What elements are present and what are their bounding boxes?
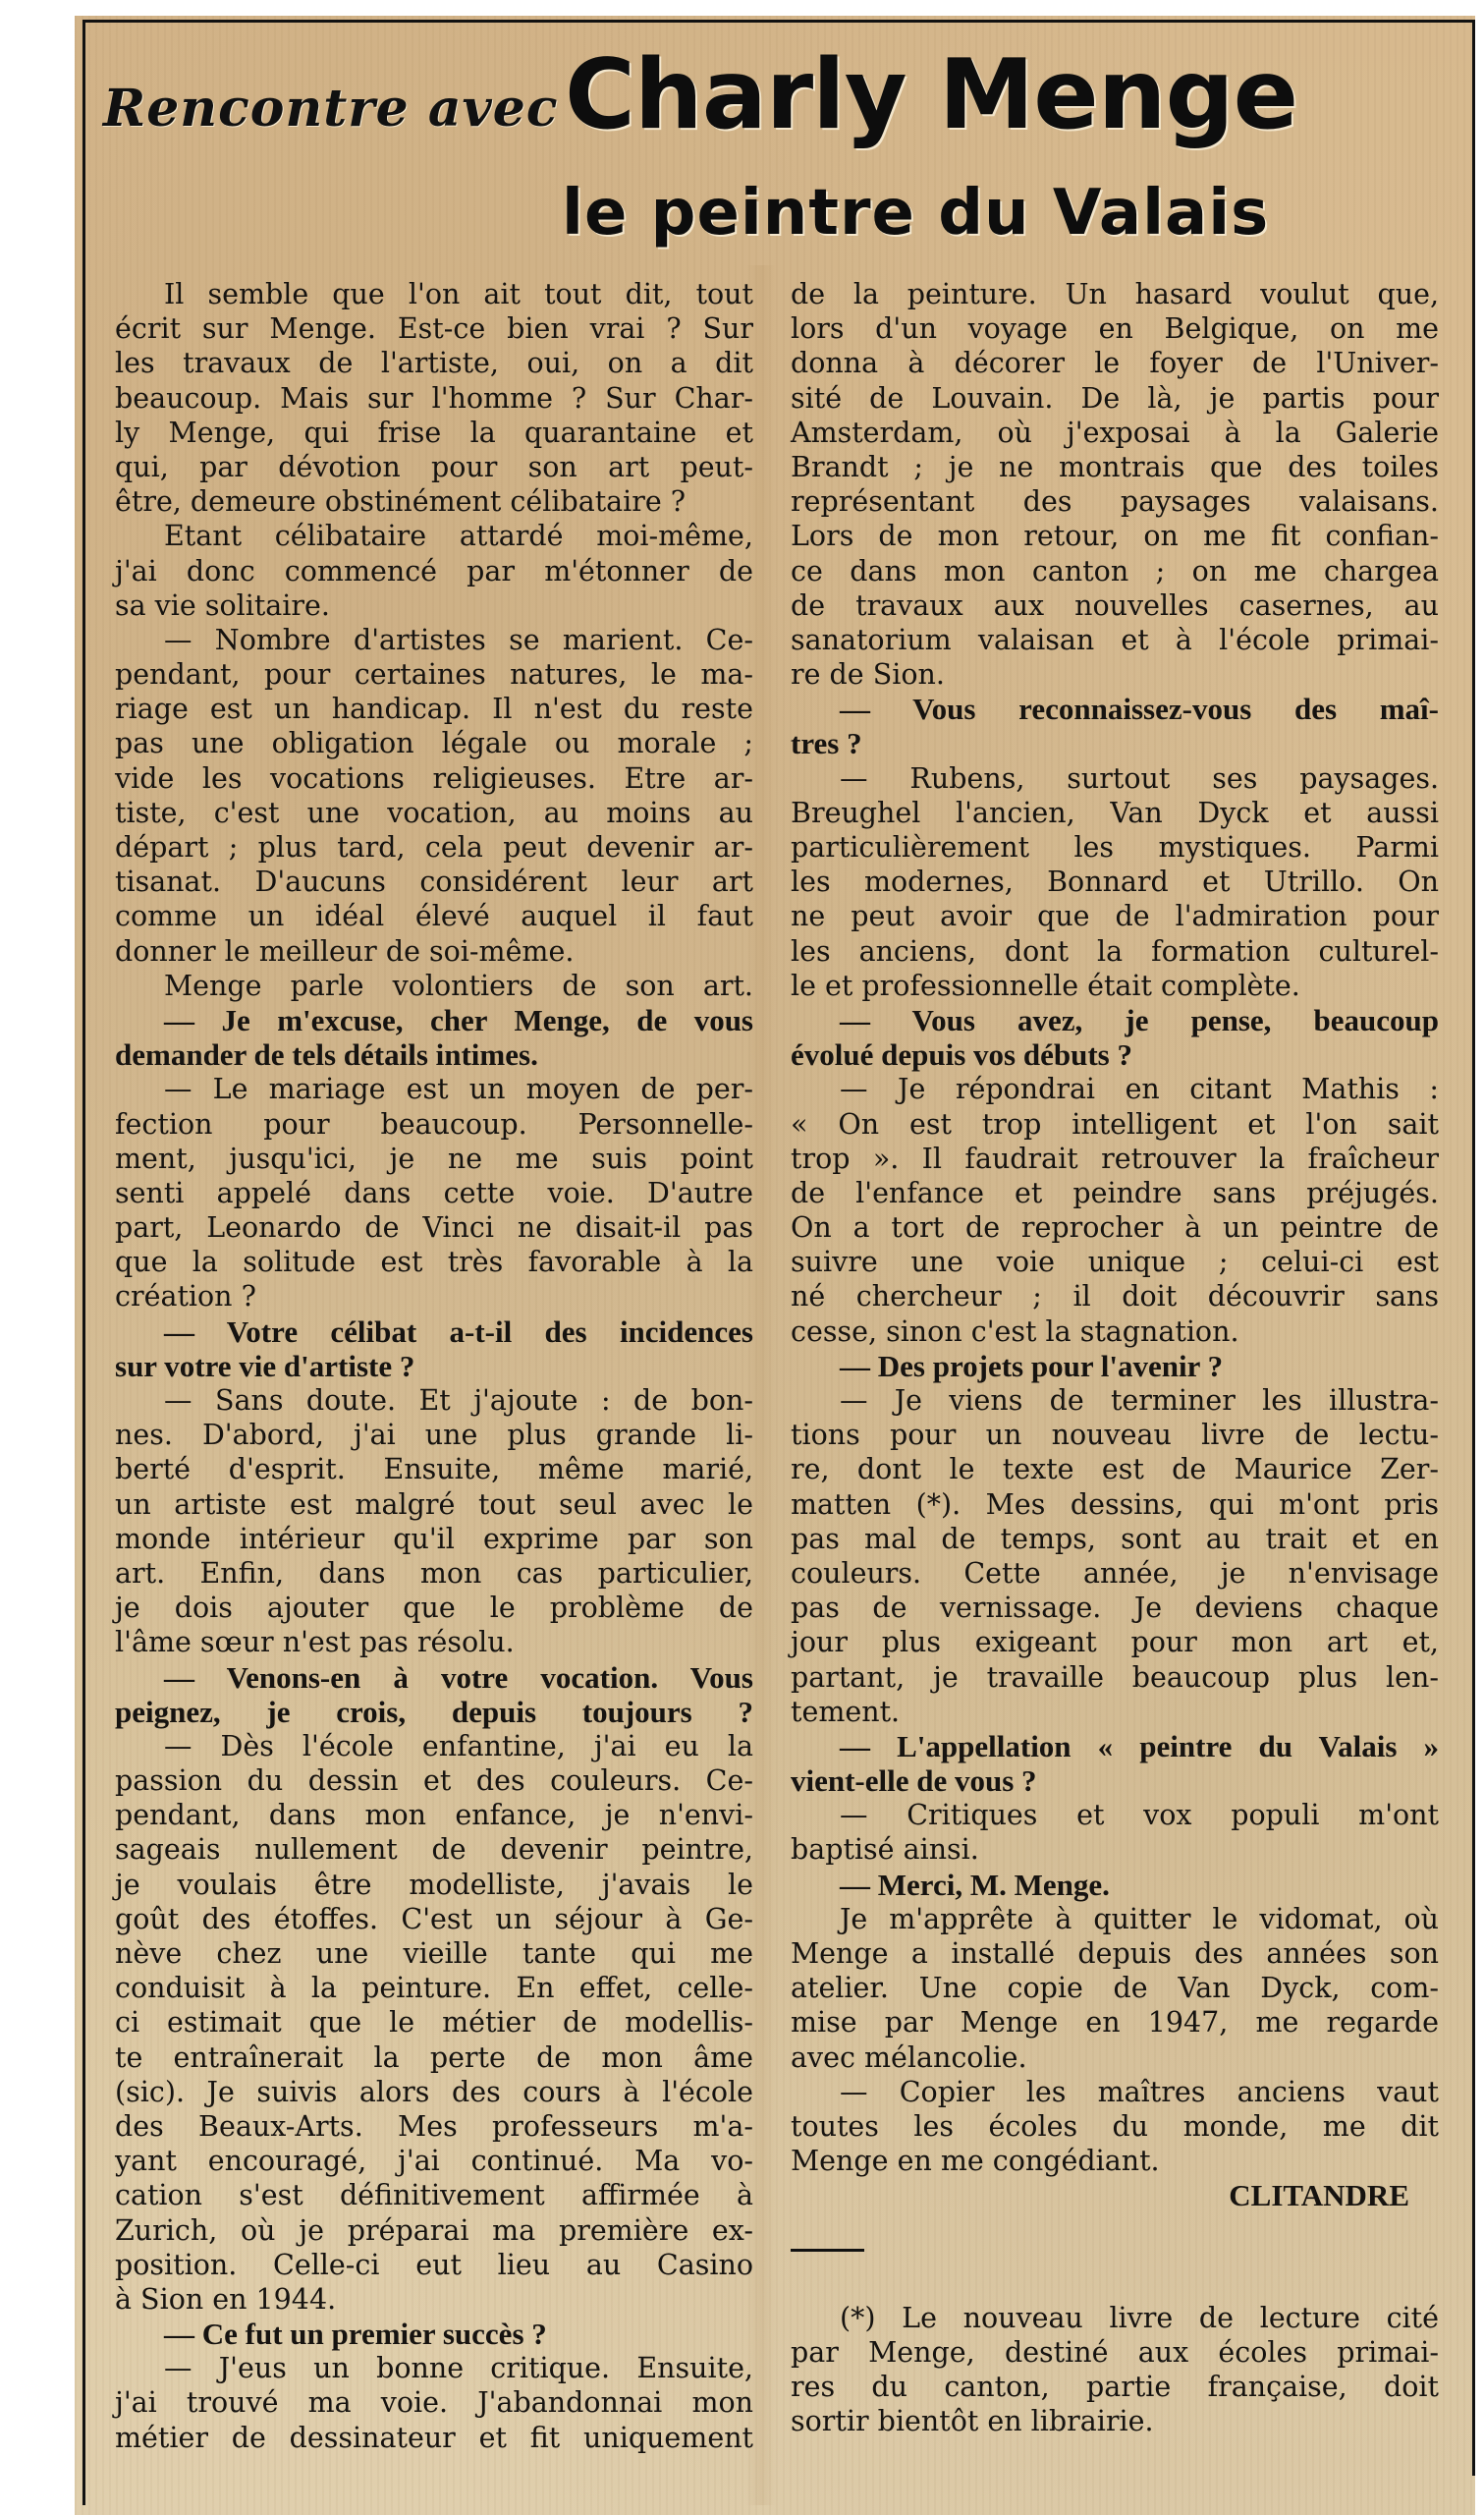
- article-text-line: j'ai donc commencé par m'étonner de: [115, 554, 753, 588]
- article-text-line: — Copier les maîtres anciens vaut: [791, 2075, 1439, 2109]
- article-text-line: donner le meilleur de soi-même.: [115, 934, 753, 969]
- article-text-line: tiste, c'est une vocation, au moins au: [115, 796, 753, 830]
- article-text-line: Menge en me congédiant.: [791, 2144, 1439, 2178]
- article-text-line: les travaux de l'artiste, oui, on a dit: [115, 346, 753, 380]
- interview-question-line: — Des projets pour l'avenir ?: [791, 1349, 1439, 1383]
- article-text-line: nève chez une vieille tante qui me: [115, 1936, 753, 1971]
- article-text-line: part, Leonardo de Vinci ne disait-il pas: [115, 1210, 753, 1245]
- article-text-line: partant, je travaille beaucoup plus len-: [791, 1660, 1439, 1695]
- article-text-line: — Je répondrai en citant Mathis :: [791, 1072, 1439, 1106]
- interview-question-line: demander de tels détails intimes.: [115, 1037, 753, 1072]
- article-text-line: senti appelé dans cette voie. D'autre: [115, 1176, 753, 1210]
- article-text-line: donna à décorer le foyer de l'Univer-: [791, 346, 1439, 380]
- article-text-line: représentant des paysages valaisans.: [791, 484, 1439, 519]
- interview-question-line: — L'appellation « peintre du Valais »: [791, 1729, 1439, 1763]
- interview-question-line: — Vous avez, je pense, beaucoup: [791, 1003, 1439, 1037]
- article-text-line: baptisé ainsi.: [791, 1832, 1439, 1867]
- author-signature: CLITANDRE: [791, 2178, 1439, 2212]
- article-text-line: sageais nullement de devenir peintre,: [115, 1832, 753, 1867]
- article-text-line: cation s'est définitivement affirmée à: [115, 2178, 753, 2212]
- article-text-line: né chercheur ; il doit découvrir sans: [791, 1279, 1439, 1313]
- article-text-line: — Nombre d'artistes se marient. Ce-: [115, 623, 753, 657]
- article-text-line: re, dont le texte est de Maurice Zer-: [791, 1452, 1439, 1486]
- clipping-edge: [236, 0, 1404, 4]
- interview-question-line: — Venons-en à votre vocation. Vous: [115, 1660, 753, 1695]
- article-text-line: un artiste est malgré tout seul avec le: [115, 1487, 753, 1522]
- article-text-line: Il semble que l'on ait tout dit, tout: [115, 277, 753, 311]
- article-text-line: « On est trop intelligent et l'on sait: [791, 1107, 1439, 1142]
- article-text-line: art. Enfin, dans mon cas particulier,: [115, 1556, 753, 1591]
- article-text-line: métier de dessinateur et fit uniquement: [115, 2421, 753, 2455]
- article-text-line: ci estimait que le métier de modellis-: [115, 2005, 753, 2040]
- article-text-line: — J'eus un bonne critique. Ensuite,: [115, 2351, 753, 2385]
- article-text-line: ly Menge, qui frise la quarantaine et: [115, 416, 753, 450]
- article-text-line: Zurich, où je préparai ma première ex-: [115, 2213, 753, 2248]
- interview-question-line: évolué depuis vos débuts ?: [791, 1037, 1439, 1072]
- article-text-line: atelier. Une copie de Van Dyck, com-: [791, 1971, 1439, 2005]
- article-text-line: Breughel l'ancien, Van Dyck et aussi: [791, 796, 1439, 830]
- article-text-line: lors d'un voyage en Belgique, on me: [791, 311, 1439, 346]
- interview-question-line: — Je m'excuse, cher Menge, de vous: [115, 1003, 753, 1037]
- article-text-line: fection pour beaucoup. Personnelle-: [115, 1107, 753, 1142]
- interview-question-line: vient-elle de vous ?: [791, 1763, 1439, 1798]
- interview-question-line: peignez, je crois, depuis toujours ?: [115, 1695, 753, 1729]
- article-text-line: — Sans doute. Et j'ajoute : de bon-: [115, 1383, 753, 1418]
- article-text-line: monde intérieur qu'il exprime par son: [115, 1522, 753, 1556]
- article-column-left: Il semble que l'on ait tout dit, toutécr…: [115, 277, 753, 2455]
- article-text-line: écrit sur Menge. Est-ce bien vrai ? Sur: [115, 311, 753, 346]
- article-text-line: (*) Le nouveau livre de lecture cité: [791, 2301, 1439, 2335]
- article-text-line: matten (*). Mes dessins, qui m'ont pris: [791, 1487, 1439, 1522]
- footnote: (*) Le nouveau livre de lecture citépar …: [791, 2301, 1439, 2439]
- article-title: Charly Menge: [565, 39, 1297, 151]
- article-text-line: particulièrement les mystiques. Parmi: [791, 830, 1439, 865]
- article-text-line: des Beaux-Arts. Mes professeurs m'a-: [115, 2109, 753, 2144]
- article-text-line: sanatorium valaisan et à l'école primai-: [791, 623, 1439, 657]
- article-text-line: de la peinture. Un hasard voulut que,: [791, 277, 1439, 311]
- article-text-line: Amsterdam, où j'exposai à la Galerie: [791, 416, 1439, 450]
- article-text-line: couleurs. Cette année, je n'envisage: [791, 1556, 1439, 1591]
- article-text-line: Menge a installé depuis des années son: [791, 1936, 1439, 1971]
- article-text-line: que la solitude est très favorable à la: [115, 1245, 753, 1279]
- article-text-line: cesse, sinon c'est la stagnation.: [791, 1314, 1439, 1349]
- article-text-line: création ?: [115, 1279, 753, 1313]
- article-text-line: les modernes, Bonnard et Utrillo. On: [791, 865, 1439, 899]
- article-text-line: conduisit à la peinture. En effet, celle…: [115, 1971, 753, 2005]
- article-text-line: yant encouragé, j'ai continué. Ma vo-: [115, 2144, 753, 2178]
- article-text-line: j'ai trouvé ma voie. J'abandonnai mon: [115, 2385, 753, 2420]
- article-text-line: je dois ajouter que le problème de: [115, 1591, 753, 1625]
- article-subtitle: le peintre du Valais: [562, 177, 1269, 250]
- interview-question-line: — Votre célibat a-t-il des incidences: [115, 1314, 753, 1349]
- article-column-right: de la peinture. Un hasard voulut que,lor…: [791, 277, 1439, 2438]
- article-text-line: sa vie solitaire.: [115, 588, 753, 623]
- article-text-line: je voulais être modelliste, j'avais le: [115, 1868, 753, 1902]
- article-text-line: les anciens, dont la formation culturel-: [791, 934, 1439, 969]
- article-text-line: tisanat. D'aucuns considérent leur art: [115, 865, 753, 899]
- article-text-line: tions pour un nouveau livre de lectu-: [791, 1418, 1439, 1452]
- article-text-line: à Sion en 1944.: [115, 2282, 753, 2317]
- article-text-line: berté d'esprit. Ensuite, même marié,: [115, 1452, 753, 1486]
- article-text-line: être, demeure obstinément célibataire ?: [115, 484, 753, 519]
- article-text-line: l'âme sœur n'est pas résolu.: [115, 1625, 753, 1659]
- article-text-line: de l'enfance et peindre sans préjugés.: [791, 1176, 1439, 1210]
- article-border-right: [1472, 2142, 1475, 2476]
- article-text-line: te entraînerait la perte de mon âme: [115, 2040, 753, 2075]
- interview-question-line: — Merci, M. Menge.: [791, 1868, 1439, 1902]
- article-text-line: pendant, dans mon enfance, je n'envi-: [115, 1798, 753, 1832]
- article-text-line: nes. D'abord, j'ai une plus grande li-: [115, 1418, 753, 1452]
- article-text-line: comme un idéal élevé auquel il faut: [115, 899, 753, 933]
- article-text-line: On a tort de reprocher à un peintre de: [791, 1210, 1439, 1245]
- article-text-line: (sic). Je suivis alors des cours à l'éco…: [115, 2075, 753, 2109]
- article-text-line: mise par Menge en 1947, me regarde: [791, 2005, 1439, 2040]
- article-text-line: qui, par dévotion pour son art peut-: [115, 450, 753, 484]
- article-text-line: jour plus exigeant pour mon art et,: [791, 1625, 1439, 1659]
- article-text-line: vide les vocations religieuses. Etre ar-: [115, 761, 753, 796]
- article-text-line: Etant célibataire attardé moi-même,: [115, 519, 753, 553]
- article-text-line: sité de Louvain. De là, je partis pour: [791, 381, 1439, 416]
- article-text-line: par Menge, destiné aux écoles primai-: [791, 2335, 1439, 2370]
- article-border-left: [82, 2142, 85, 2505]
- article-text-line: ment, jusqu'ici, je ne me suis point: [115, 1142, 753, 1176]
- article-text-line: — Je viens de terminer les illustra-: [791, 1383, 1439, 1418]
- interview-question-line: — Vous reconnaissez-vous des maî-: [791, 692, 1439, 726]
- article-text-line: trop ». Il faudrait retrouver la fraîche…: [791, 1142, 1439, 1176]
- article-column-right-body: de la peinture. Un hasard voulut que,lor…: [791, 277, 1439, 2178]
- article-text-line: Je m'apprête à quitter le vidomat, où: [791, 1902, 1439, 1936]
- article-text-line: pas mal de temps, sont au trait et en: [791, 1522, 1439, 1556]
- article-text-line: passion du dessin et des couleurs. Ce-: [115, 1763, 753, 1798]
- article-text-line: Lors de mon retour, on me fit confian-: [791, 519, 1439, 553]
- interview-question-line: — Ce fut un premier succès ?: [115, 2317, 753, 2351]
- article-text-line: — Rubens, surtout ses paysages.: [791, 761, 1439, 796]
- article-text-line: avec mélancolie.: [791, 2040, 1439, 2075]
- article-text-line: pas de vernissage. Je deviens chaque: [791, 1591, 1439, 1625]
- article-text-line: — Le mariage est un moyen de per-: [115, 1072, 753, 1106]
- article-text-line: tement.: [791, 1695, 1439, 1729]
- article-text-line: position. Celle-ci eut lieu au Casino: [115, 2248, 753, 2282]
- article-text-line: — Dès l'école enfantine, j'ai eu la: [115, 1729, 753, 1763]
- article-text-line: ce dans mon canton ; on me chargea: [791, 554, 1439, 588]
- article-text-line: sortir bientôt en librairie.: [791, 2404, 1439, 2438]
- article-text-line: départ ; plus tard, cela peut devenir ar…: [115, 830, 753, 865]
- article-text-line: suivre une voie unique ; celui-ci est: [791, 1245, 1439, 1279]
- footnote-separator: [791, 2249, 864, 2252]
- article-text-line: beaucoup. Mais sur l'homme ? Sur Char-: [115, 381, 753, 416]
- article-text-line: Menge parle volontiers de son art.: [115, 969, 753, 1003]
- article-text-line: le et professionnelle était complète.: [791, 969, 1439, 1003]
- article-text-line: re de Sion.: [791, 657, 1439, 692]
- article-text-line: toutes les écoles du monde, me dit: [791, 2109, 1439, 2144]
- article-text-line: Brandt ; je ne montrais que des toiles: [791, 450, 1439, 484]
- article-text-line: — Critiques et vox populi m'ont: [791, 1798, 1439, 1832]
- article-text-line: res du canton, partie française, doit: [791, 2370, 1439, 2404]
- article-text-line: pendant, pour certaines natures, le ma-: [115, 657, 753, 692]
- interview-question-line: tres ?: [791, 726, 1439, 760]
- article-text-line: de travaux aux nouvelles casernes, au: [791, 588, 1439, 623]
- article-text-line: pas une obligation légale ou morale ;: [115, 726, 753, 760]
- article-text-line: ne peut avoir que de l'admiration pour: [791, 899, 1439, 933]
- article-text-line: riage est un handicap. Il n'est du reste: [115, 692, 753, 726]
- article-kicker: Rencontre avec: [103, 79, 559, 139]
- interview-question-line: sur votre vie d'artiste ?: [115, 1349, 753, 1383]
- article-text-line: goût des étoffes. C'est un séjour à Ge-: [115, 1902, 753, 1936]
